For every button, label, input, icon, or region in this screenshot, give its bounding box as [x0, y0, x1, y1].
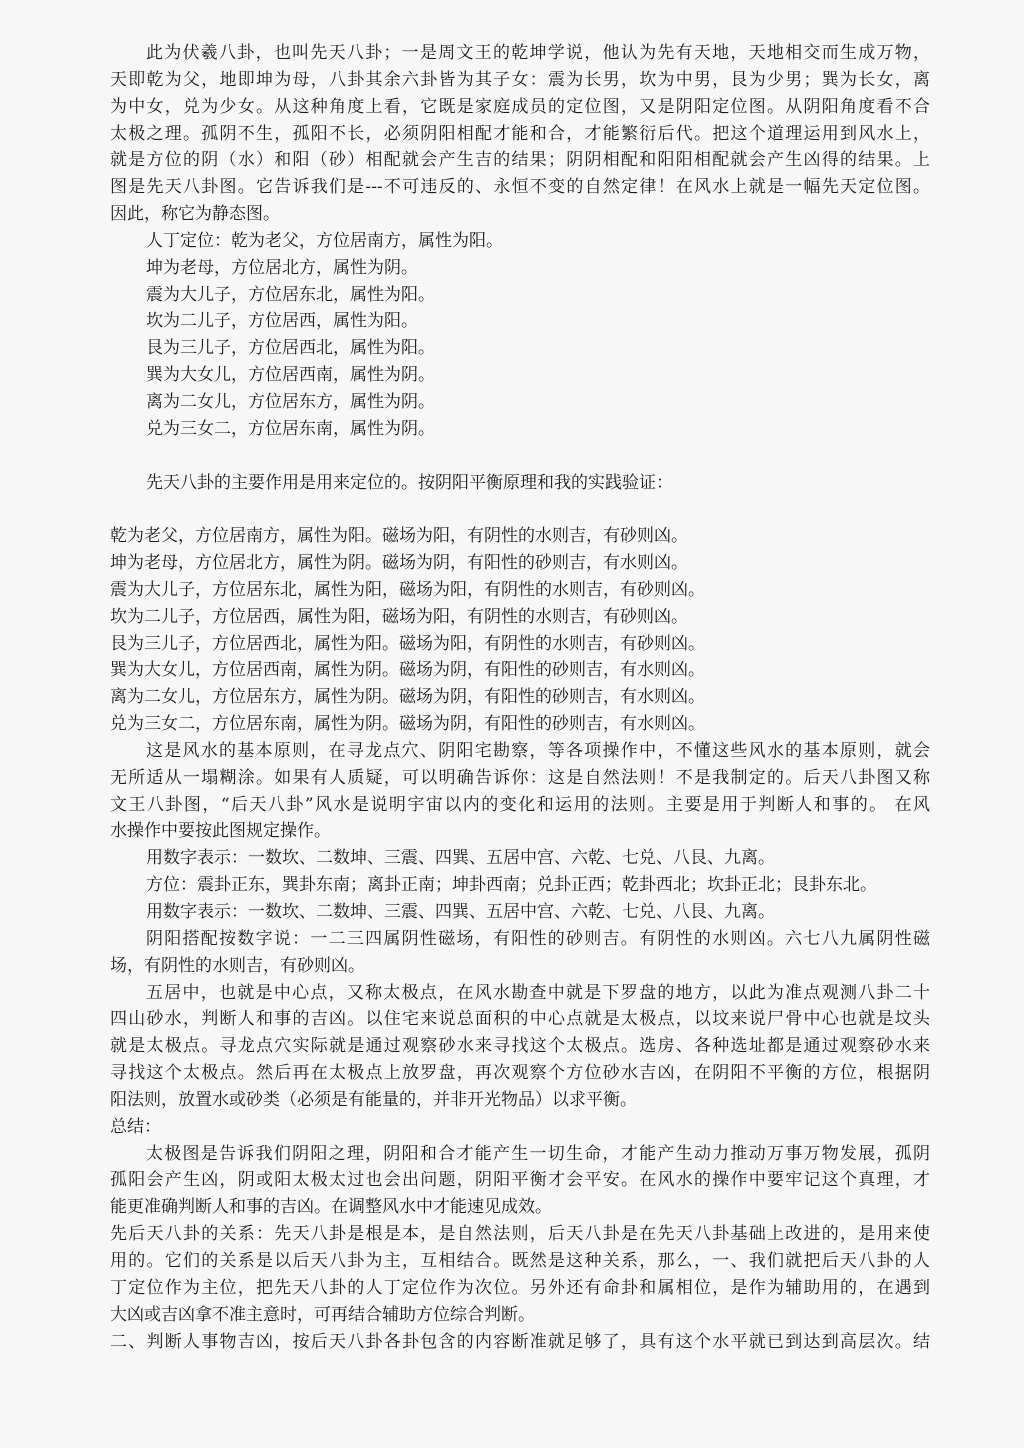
- list-item: 艮为三儿子，方位居西北，属性为阳。: [110, 335, 930, 362]
- list-item: 巽为大女儿，方位居西南，属性为阴。: [110, 362, 930, 389]
- text-line: 寻找这个太极点。然后再在太极点上放罗盘，再次观察个方位砂水吉凶，在阴阳不平衡的方…: [110, 1060, 930, 1087]
- list-item: 乾为老父，方位居南方，属性为阳。磁场为阳，有阴性的水则吉，有砂则凶。: [110, 523, 930, 550]
- list-item: 人丁定位：乾为老父，方位居南方，属性为阳。: [110, 228, 930, 255]
- blank-line: [110, 496, 930, 523]
- text-line: 孤阳会产生凶，阴或阳太极太过也会出问题，阴阳平衡才会平安。在风水的操作中要牢记这…: [110, 1167, 930, 1194]
- yin-yang-pairing-paragraph: 阴阳搭配按数字说：一二三四属阴性磁场，有阳性的砂则吉。有阴性的水则凶。六七八九属…: [110, 926, 930, 980]
- text-line: 图是先天八卦图。它告诉我们是---不可违反的、永恒不变的自然定律！在风水上就是一…: [110, 174, 930, 201]
- text-line: 就是太极点。寻龙点穴实际就是通过观察砂水来寻找这个太极点。选房、各种选址都是通过…: [110, 1033, 930, 1060]
- list-item: 兑为三女二，方位居东南，属性为阴。磁场为阴，有阳性的砂则吉，有水则凶。: [110, 711, 930, 738]
- positioning-list: 人丁定位：乾为老父，方位居南方，属性为阳。 坤为老母，方位居北方，属性为阴。 震…: [110, 228, 930, 443]
- text-line: 阳法则，放置水或砂类（必须是有能量的，并非开光物品）以求平衡。: [110, 1087, 930, 1114]
- verification-list: 乾为老父，方位居南方，属性为阳。磁场为阳，有阴性的水则吉，有砂则凶。 坤为老母，…: [110, 523, 930, 738]
- number-representation: 用数字表示：一数坎、二数坤、三震、四巽、五居中宫、六乾、七兑、八艮、九离。: [110, 845, 930, 872]
- list-item: 坎为二儿子，方位居西，属性为阳，磁场为阳，有阴性的水则吉，有砂则凶。: [110, 604, 930, 631]
- text-line: 为中女，兑为少女。从这种角度上看，它既是家庭成员的定位图，又是阴阳定位图。从阴阳…: [110, 94, 930, 121]
- text-line: 大凶或吉凶拿不准主意时，可再结合辅助方位综合判断。: [110, 1302, 930, 1329]
- text-line: 先后天八卦的关系：先天八卦是根是本，是自然法则，后天八卦是在先天八卦基础上改进的…: [110, 1221, 930, 1248]
- blank-line: [110, 443, 930, 470]
- summary-paragraph: 太极图是告诉我们阴阳之理，阴阳和合才能产生一切生命，才能产生动力推动万事万物发展…: [110, 1141, 930, 1222]
- number-representation: 用数字表示：一数坎、二数坤、三震、四巽、五居中宫、六乾、七兑、八艮、九离。: [110, 899, 930, 926]
- document-page: 此为伏羲八卦，也叫先天八卦；一是周文王的乾坤学说，他认为先有天地，天地相交而生成…: [110, 40, 930, 1355]
- list-item: 离为二女儿，方位居东方，属性为阴。磁场为阴，有阳性的砂则吉，有水则凶。: [110, 684, 930, 711]
- relationship-paragraph: 先后天八卦的关系：先天八卦是根是本，是自然法则，后天八卦是在先天八卦基础上改进的…: [110, 1221, 930, 1328]
- text-line: 阴阳搭配按数字说：一二三四属阴性磁场，有阳性的砂则吉。有阴性的水则凶。六七八九属…: [110, 926, 930, 953]
- list-item: 坤为老母，方位居北方，属性为阴。磁场为阴，有阳性的砂则吉，有水则凶。: [110, 550, 930, 577]
- list-item: 兑为三女二，方位居东南，属性为阴。: [110, 416, 930, 443]
- text-line: 能更准确判断人和事的吉凶。在调整风水中才能速见成效。: [110, 1194, 930, 1221]
- text-line: 文王八卦图，“后天八卦”风水是说明宇宙以内的变化和运用的法则。主要是用于判断人和…: [110, 792, 930, 819]
- text-line: 太极图是告诉我们阴阳之理，阴阳和合才能产生一切生命，才能产生动力推动万事万物发展…: [110, 1141, 930, 1168]
- list-item: 震为大儿子，方位居东北，属性为阳，磁场为阳，有阴性的水则吉，有砂则凶。: [110, 577, 930, 604]
- summary-heading: 总结：: [110, 1114, 930, 1141]
- basic-principle-paragraph: 这是风水的基本原则，在寻龙点穴、阴阳宅勘察，等各项操作中，不懂这些风水的基本原则…: [110, 738, 930, 845]
- text-line: 水操作中要按此图规定操作。: [110, 818, 930, 845]
- text-line: 因此，称它为静态图。: [110, 201, 930, 228]
- center-point-paragraph: 五居中，也就是中心点，又称太极点，在风水勘查中就是下罗盘的地方，以此为准点观测八…: [110, 980, 930, 1114]
- list-item: 震为大儿子，方位居东北，属性为阳。: [110, 282, 930, 309]
- text-line: 五居中，也就是中心点，又称太极点，在风水勘查中就是下罗盘的地方，以此为准点观测八…: [110, 980, 930, 1007]
- text-line: 场，有阴性的水则吉，有砂则凶。: [110, 953, 930, 980]
- list-item: 坎为二儿子，方位居西，属性为阳。: [110, 308, 930, 335]
- intro-paragraph: 此为伏羲八卦，也叫先天八卦；一是周文王的乾坤学说，他认为先有天地，天地相交而生成…: [110, 40, 930, 228]
- main-function-text: 先天八卦的主要作用是用来定位的。按阴阳平衡原理和我的实践验证：: [110, 470, 930, 497]
- text-line: 丁定位作为主位，把先天八卦的人丁定位作为次位。另外还有命卦和属相位，是作为辅助用…: [110, 1275, 930, 1302]
- list-item: 巽为大女儿，方位居西南，属性为阴。磁场为阴，有阳性的砂则吉，有水则凶。: [110, 657, 930, 684]
- text-line: 太极之理。孤阴不生，孤阳不长，必须阴阳相配才能和合，才能繁衍后代。把这个道理运用…: [110, 121, 930, 148]
- text-line: 天即乾为父，地即坤为母，八卦其余六卦皆为其子女：震为长男，坎为中男，艮为少男；巽…: [110, 67, 930, 94]
- list-item: 艮为三儿子，方位居西北，属性为阳。磁场为阳，有阴性的水则吉，有砂则凶。: [110, 631, 930, 658]
- list-item: 坤为老母，方位居北方，属性为阴。: [110, 255, 930, 282]
- text-line: 无所适从一塌糊涂。如果有人质疑，可以明确告诉你：这是自然法则！不是我制定的。后天…: [110, 765, 930, 792]
- point-two-text: 二、判断人事物吉凶，按后天八卦各卦包含的内容断准就足够了，具有这个水平就已到达到…: [110, 1329, 930, 1356]
- list-item: 离为二女儿，方位居东方，属性为阴。: [110, 389, 930, 416]
- text-line: 四山砂水，判断人和事的吉凶。以住宅来说总面积的中心点就是太极点，以坟来说尸骨中心…: [110, 1006, 930, 1033]
- directions-text: 方位：震卦正东，巽卦东南；离卦正南；坤卦西南；兑卦正西；乾卦西北；坎卦正北；艮卦…: [110, 872, 930, 899]
- text-line: 就是方位的阴（水）和阳（砂）相配就会产生吉的结果；阴阴相配和阳阳相配就会产生凶得…: [110, 147, 930, 174]
- text-line: 用的。它们的关系是以后天八卦为主，互相结合。既然是这种关系，那么，一、我们就把后…: [110, 1248, 930, 1275]
- text-line: 这是风水的基本原则，在寻龙点穴、阴阳宅勘察，等各项操作中，不懂这些风水的基本原则…: [110, 738, 930, 765]
- text-line: 此为伏羲八卦，也叫先天八卦；一是周文王的乾坤学说，他认为先有天地，天地相交而生成…: [110, 40, 930, 67]
